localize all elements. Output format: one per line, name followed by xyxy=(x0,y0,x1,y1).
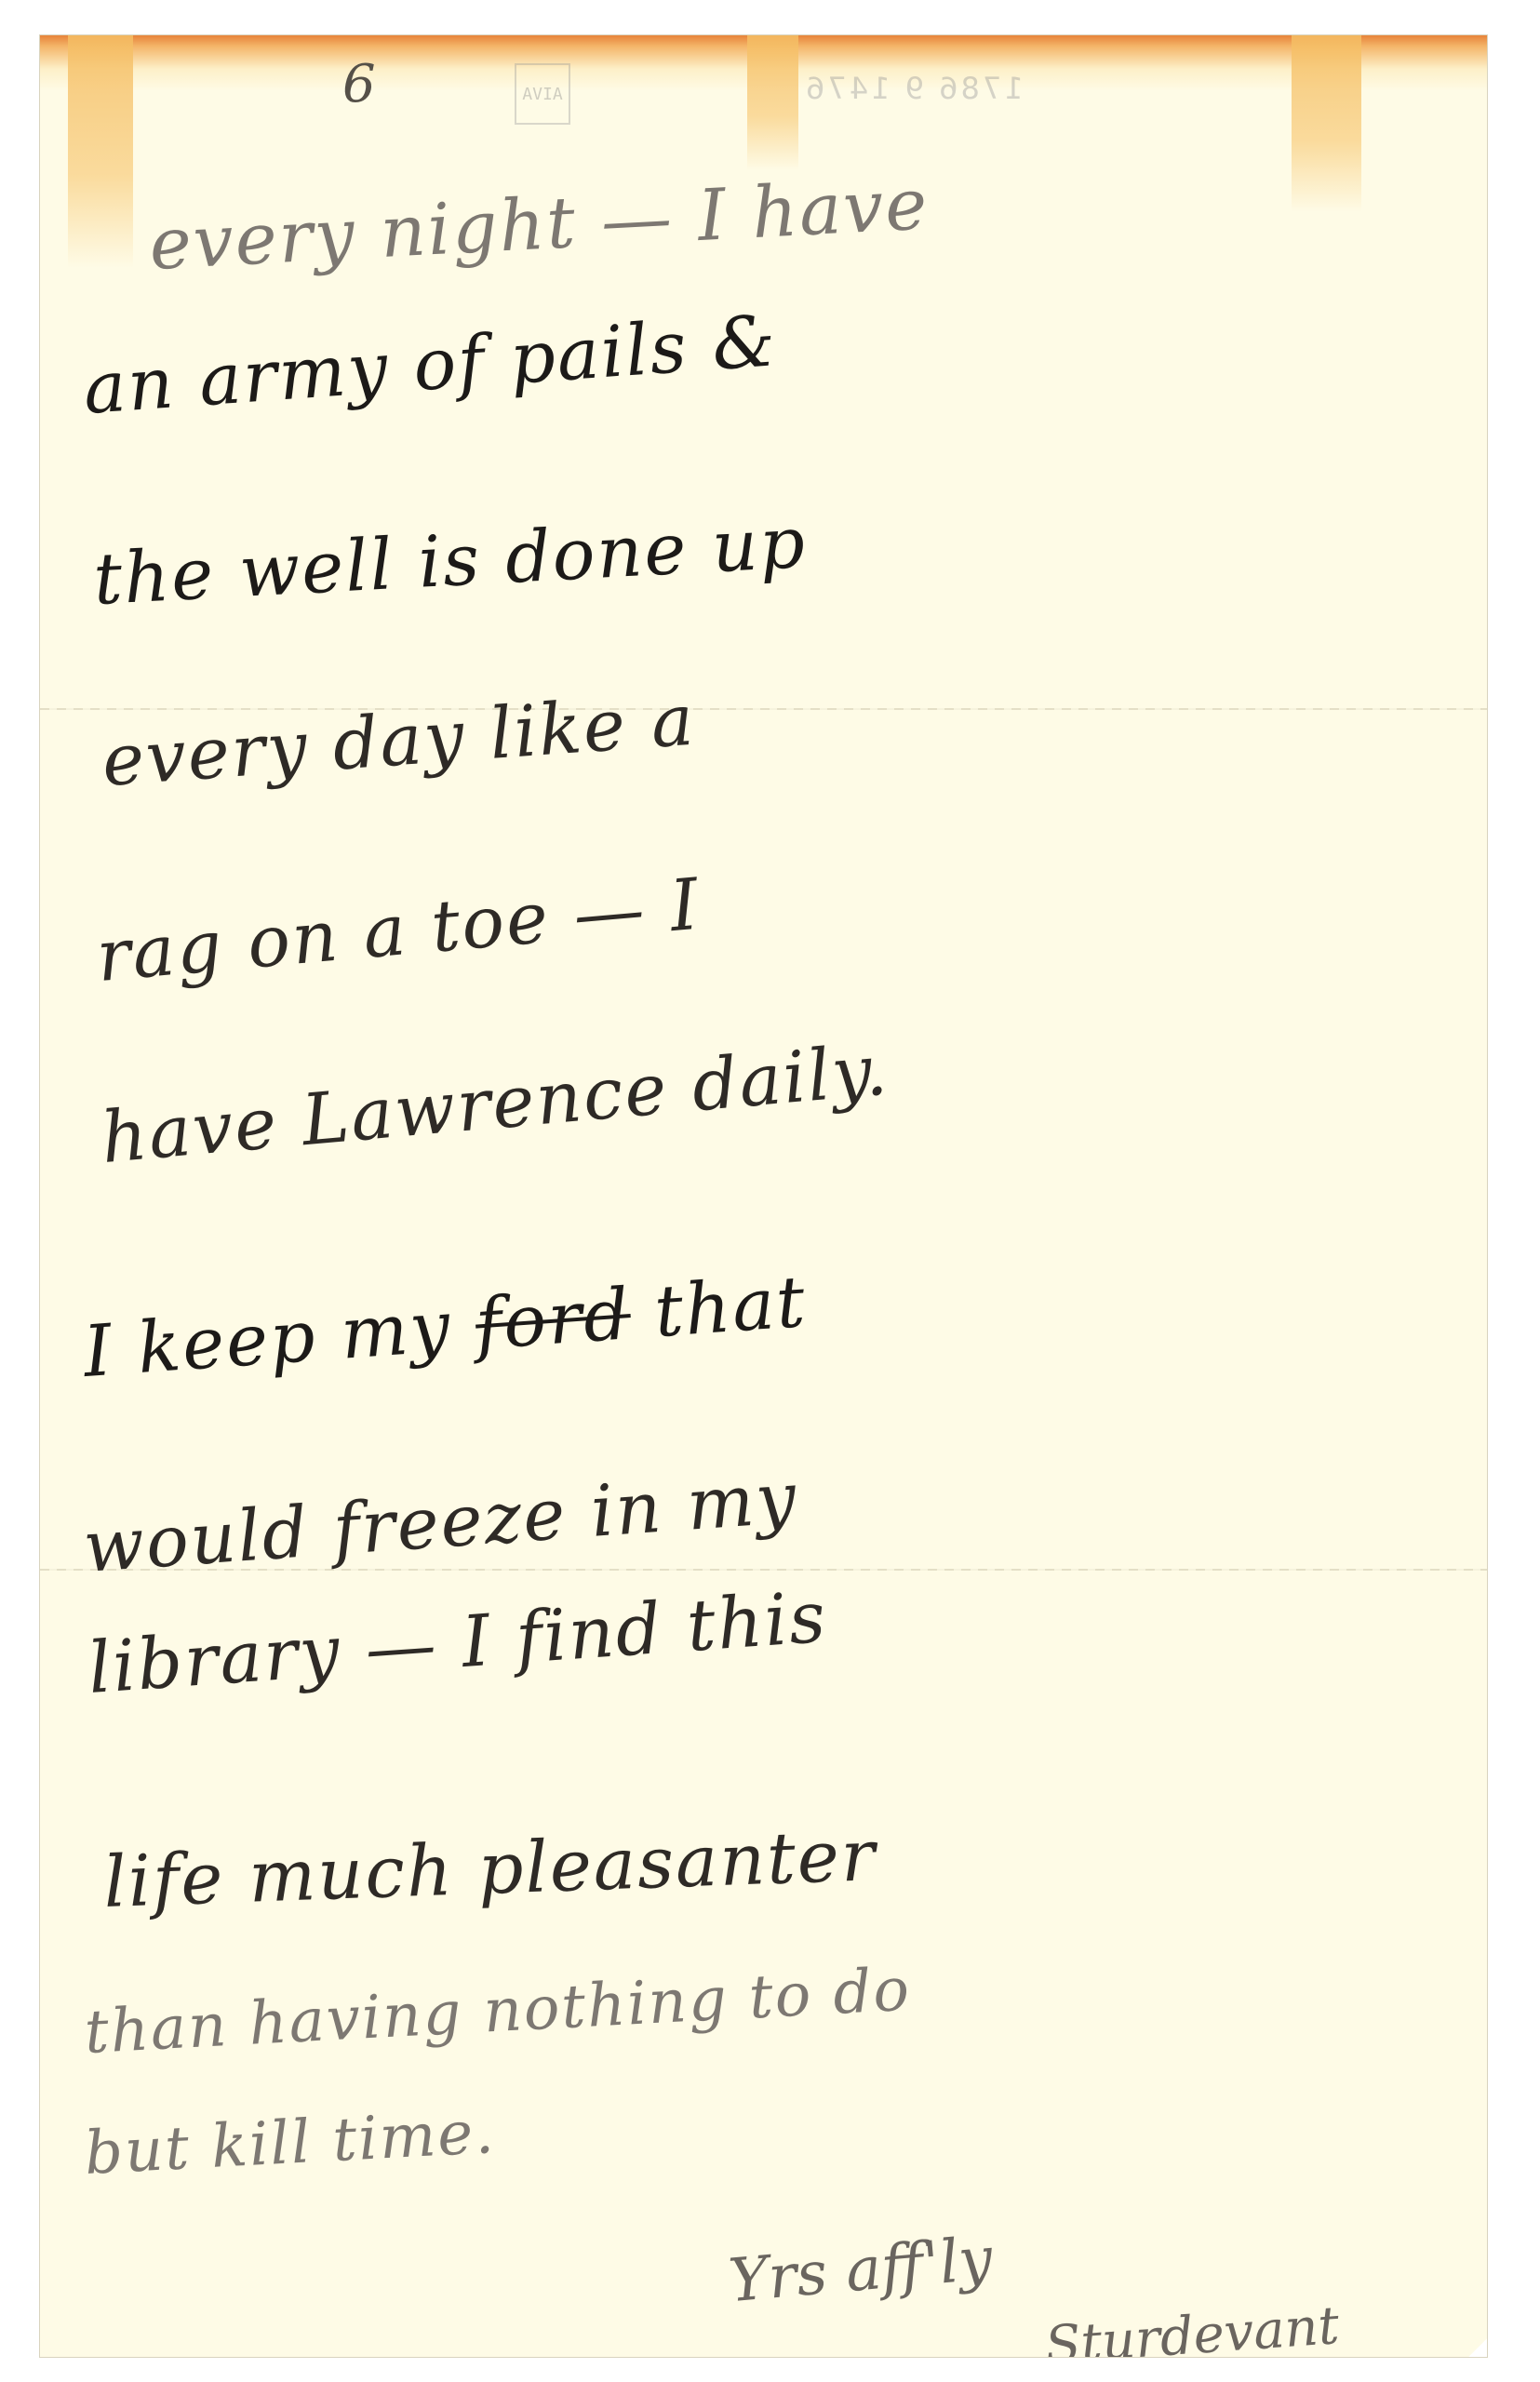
letter-closing: Yrs aff'ly xyxy=(726,2225,995,2316)
letter-line-6: have Lawrence daily. xyxy=(98,1027,891,1179)
tape-residue xyxy=(747,35,798,170)
letter-line-4: every day like a xyxy=(100,678,698,802)
signature: Sturdevant xyxy=(1043,2295,1341,2357)
letter-line-7: I keep my ford that xyxy=(81,1260,810,1393)
letter-line-10: life much pleasanter xyxy=(102,1813,878,1923)
archive-number-bleedthrough: 1786 9 1476 xyxy=(803,71,1024,106)
page-number: 6 xyxy=(342,54,376,114)
archive-stamp: AIVA xyxy=(515,63,570,125)
struck-word: ford xyxy=(473,1272,634,1365)
line-7-end: that xyxy=(627,1260,809,1355)
tape-residue xyxy=(68,35,133,268)
letter-line-1: every night — I have xyxy=(147,162,931,286)
letter-line-11: than having nothing to do xyxy=(83,1956,913,2068)
tape-residue xyxy=(1292,35,1361,212)
letter-page: AIVA 1786 9 1476 6 every night — I have … xyxy=(40,35,1487,2357)
letter-line-9: library — I find this xyxy=(86,1575,830,1709)
letter-line-2: an army of pails & xyxy=(81,299,780,430)
letter-line-12: but kill time. xyxy=(83,2098,497,2188)
letter-line-3: the well is done up xyxy=(91,501,809,621)
line-7-start: I keep my xyxy=(81,1283,478,1393)
letter-line-5: rag on a toe — I xyxy=(93,863,703,997)
